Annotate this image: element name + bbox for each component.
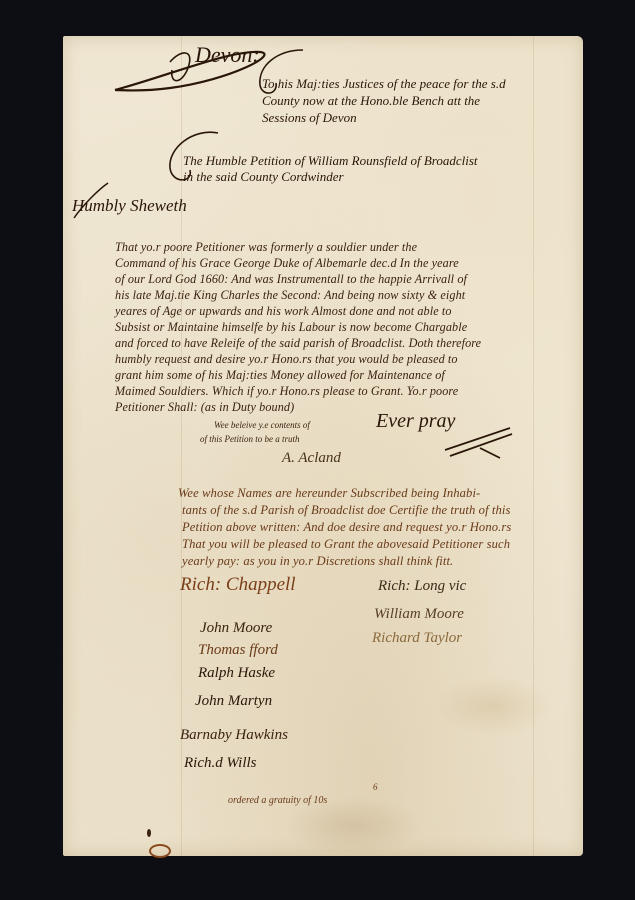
- attestation-signature: A. Acland: [282, 450, 341, 467]
- body-line: his late Maj.tie King Charles the Second…: [115, 288, 465, 303]
- certification-line: yearly pay: as you in yo.r Discretions s…: [182, 554, 453, 569]
- attestation-note: of this Petition to be a truth: [200, 434, 300, 444]
- body-line: Subsist or Maintaine himselfe by his Lab…: [115, 320, 467, 335]
- certification-line: That you will be pleased to Grant the ab…: [182, 537, 510, 552]
- certification-line: Petition above written: And doe desire a…: [182, 520, 511, 535]
- address-line: Sessions of Devon: [262, 110, 357, 126]
- body-line: of our Lord God 1660: And was Instrument…: [115, 272, 467, 287]
- ink-blot: [149, 844, 171, 858]
- address-line: To his Maj:ties Justices of the peace fo…: [262, 76, 506, 92]
- signature: Rich: Chappell: [180, 574, 296, 596]
- fold-line: [533, 36, 534, 856]
- salutation-flourish: [68, 180, 118, 220]
- body-line: Petitioner Shall: (as in Duty bound): [115, 400, 294, 415]
- signature: Thomas fford: [198, 642, 278, 659]
- petition-title: in the said County Cordwinder: [183, 169, 344, 185]
- closing-flourish: [440, 420, 520, 460]
- signature: Barnaby Hawkins: [180, 727, 288, 744]
- footer-superscript: 6: [373, 782, 378, 792]
- signature: Ralph Haske: [198, 665, 275, 682]
- body-line: humbly request and desire yo.r Hono.rs t…: [115, 352, 458, 367]
- body-line: That yo.r poore Petitioner was formerly …: [115, 240, 417, 255]
- body-line: Command of his Grace George Duke of Albe…: [115, 256, 459, 271]
- petition-title: The Humble Petition of William Rounsfiel…: [183, 153, 478, 169]
- signature: William Moore: [374, 606, 464, 623]
- body-line: yeares of Age or upwards and his work Al…: [115, 304, 452, 319]
- address-line: County now at the Hono.ble Bench att the: [262, 93, 480, 109]
- paper-stain: [433, 676, 553, 736]
- certification-line: Wee whose Names are hereunder Subscribed…: [178, 486, 480, 501]
- signature: Rich.d Wills: [184, 755, 257, 772]
- signature: John Moore: [200, 620, 272, 637]
- body-line: and forced to have Releife of the said p…: [115, 336, 481, 351]
- signature: Rich: Long vic: [378, 578, 466, 595]
- attestation-note: Wee beleive y.e contents of: [214, 420, 310, 430]
- certification-line: tants of the s.d Parish of Broadclist do…: [182, 503, 511, 518]
- footer-order-note: ordered a gratuity of 10s: [228, 795, 327, 806]
- signature: Richard Taylor: [372, 630, 462, 647]
- ink-blot: [147, 829, 151, 837]
- body-line: Maimed Souldiers. Which if yo.r Hono.rs …: [115, 384, 458, 399]
- body-line: grant him some of his Maj:ties Money all…: [115, 368, 445, 383]
- signature: John Martyn: [195, 693, 272, 710]
